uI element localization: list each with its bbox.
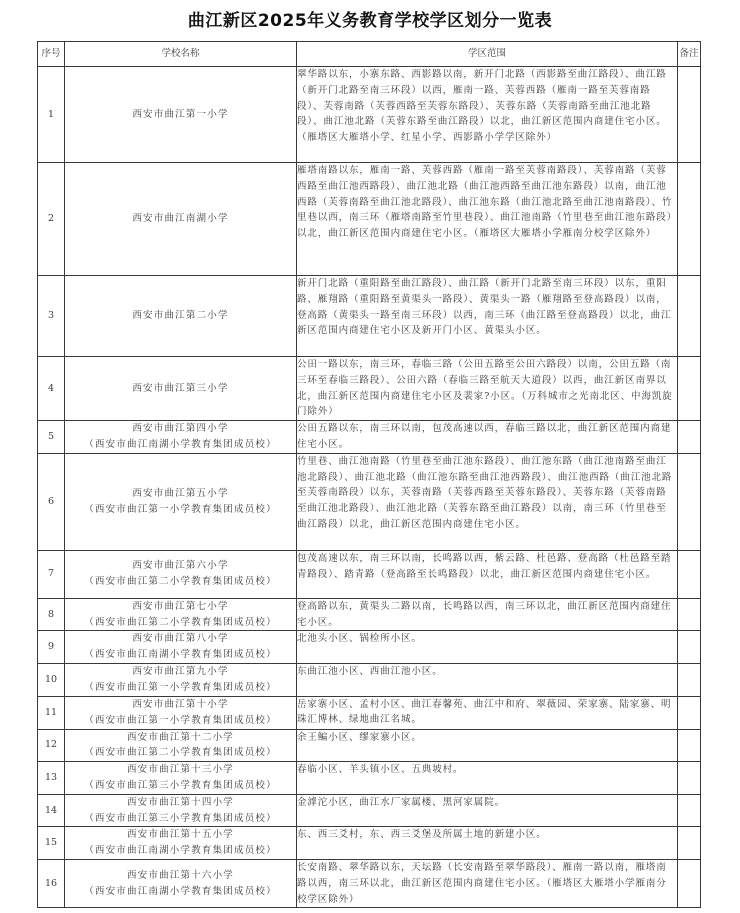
district-range: 余王鳊小区、缪家寨小区。 [297,729,678,762]
school-name-cell: 西安市曲江第十四小学 （西安市曲江第三小学教育集团成员校） [65,794,297,827]
school-name-cell: 西安市曲江第三小学 [65,357,297,421]
table-row: 11 西安市曲江第十小学 （西安市曲江第一小学教育集团成员校） 岳家寨小区、孟村… [38,696,701,729]
table-row: 8 西安市曲江第七小学 （西安市曲江第二小学教育集团成员校） 登高路以东，黄渠头… [38,598,701,631]
row-number: 12 [38,729,65,762]
district-range: 登高路以东，黄渠头二路以南，长鸣路以西，南三环以北，曲江新区范围内商建住宅小区。 [297,598,678,631]
table-row: 4 西安市曲江第三小学 公田一路以东，南三环，春临三路（公田五路至公田六路段）以… [38,357,701,421]
district-range: 竹里巷、曲江池南路（竹里巷至曲江池东路段）、曲江池东路（曲江池南路至曲江池北路段… [297,453,678,550]
table-row: 7 西安市曲江第六小学 （西安市曲江第二小学教育集团成员校） 包茂高速以东，南三… [38,550,701,598]
row-number: 14 [38,794,65,827]
table-body: 1 西安市曲江第一小学 翠华路以东，小寨东路、西影路以南，新开门北路（西影路至曲… [38,67,701,908]
school-name: 西安市曲江第一小学 [65,107,296,123]
school-group: （西安市曲江第三小学教育集团成员校） [65,811,296,827]
school-group: （西安市曲江南湖小学教育集团成员校） [65,437,296,453]
school-name: 西安市曲江南湖小学 [65,211,296,227]
district-range: 包茂高速以东，南三环以南，长鸣路以西，紫云路、杜邑路、登高路（杜邑路至踏青路段）… [297,550,678,598]
row-note [678,276,701,357]
district-range: 长安南路、翠华路以东，天坛路（长安南路至翠华路段）、雁南一路以南，雁塔南路以西，… [297,859,678,907]
row-number: 6 [38,453,65,550]
school-group: （西安市曲江第二小学教育集团成员校） [65,615,296,631]
district-range: 金滹沱小区，曲江水厂家属楼、黑河家属院。 [297,794,678,827]
row-note [678,827,701,860]
school-name: 西安市曲江第七小学 [65,599,296,615]
district-range: 北池头小区、锅检所小区。 [297,631,678,664]
school-name-cell: 西安市曲江南湖小学 [65,163,297,276]
school-group: （西安市曲江第二小学教育集团成员校） [65,745,296,761]
row-number: 16 [38,859,65,907]
district-range: 翠华路以东，小寨东路、西影路以南，新开门北路（西影路至曲江路段）、曲江路（新开门… [297,67,678,163]
school-group: （西安市曲江第二小学教育集团成员校） [65,574,296,590]
school-group: （西安市曲江第一小学教育集团成员校） [65,502,296,518]
school-name-cell: 西安市曲江第七小学 （西安市曲江第二小学教育集团成员校） [65,598,297,631]
school-group: （西安市曲江南湖小学教育集团成员校） [65,647,296,663]
school-name-cell: 西安市曲江第六小学 （西安市曲江第二小学教育集团成员校） [65,550,297,598]
row-number: 10 [38,663,65,696]
district-range: 公田五路以东，南三环以南，包茂高速以西，春临三路以北，曲江新区范围内商建住宅小区… [297,421,678,454]
row-note [678,794,701,827]
header-district-range: 学区范围 [297,42,678,67]
row-note [678,663,701,696]
district-range: 雁塔南路以东，雁南一路、芙蓉西路（雁南一路至芙蓉南路段）、芙蓉南路（芙蓉西路至曲… [297,163,678,276]
header-note: 备注 [678,42,701,67]
table-row: 2 西安市曲江南湖小学 雁塔南路以东，雁南一路、芙蓉西路（雁南一路至芙蓉南路段）… [38,163,701,276]
row-note [678,453,701,550]
row-number: 13 [38,762,65,795]
school-name: 西安市曲江第十四小学 [65,795,296,811]
school-group: （西安市曲江第一小学教育集团成员校） [65,713,296,729]
school-name-cell: 西安市曲江第十小学 （西安市曲江第一小学教育集团成员校） [65,696,297,729]
school-name-cell: 西安市曲江第十二小学 （西安市曲江第二小学教育集团成员校） [65,729,297,762]
school-district-table: 序号 学校名称 学区范围 备注 1 西安市曲江第一小学 翠华路以东，小寨东路、西… [37,41,701,908]
school-name-cell: 西安市曲江第十六小学 （西安市曲江南湖小学教育集团成员校） [65,859,297,907]
row-number: 2 [38,163,65,276]
page-title: 曲江新区2025年义务教育学校学区划分一览表 [0,6,740,31]
row-note [678,762,701,795]
school-name: 西安市曲江第二小学 [65,308,296,324]
row-note [678,598,701,631]
header-no: 序号 [38,42,65,67]
header-school-name: 学校名称 [65,42,297,67]
school-group: （西安市曲江第三小学教育集团成员校） [65,778,296,794]
row-number: 5 [38,421,65,454]
school-group: （西安市曲江南湖小学教育集团成员校） [65,843,296,859]
school-group: （西安市曲江第一小学教育集团成员校） [65,680,296,696]
row-note [678,859,701,907]
school-group: （西安市曲江南湖小学教育集团成员校） [65,884,296,900]
row-number: 3 [38,276,65,357]
row-note [678,357,701,421]
school-name: 西安市曲江第十小学 [65,697,296,713]
school-name: 西安市曲江第八小学 [65,631,296,647]
table-row: 6 西安市曲江第五小学 （西安市曲江第一小学教育集团成员校） 竹里巷、曲江池南路… [38,453,701,550]
row-number: 4 [38,357,65,421]
row-note [678,729,701,762]
row-number: 9 [38,631,65,664]
table-header-row: 序号 学校名称 学区范围 备注 [38,42,701,67]
school-name: 西安市曲江第四小学 [65,421,296,437]
school-name: 西安市曲江第十五小学 [65,827,296,843]
school-name-cell: 西安市曲江第一小学 [65,67,297,163]
school-name-cell: 西安市曲江第九小学 （西安市曲江第一小学教育集团成员校） [65,663,297,696]
row-note [678,696,701,729]
district-range: 东曲江池小区、西曲江池小区。 [297,663,678,696]
school-name: 西安市曲江第六小学 [65,558,296,574]
district-range: 岳家寨小区、孟村小区、曲江春馨苑、曲江中和府、翠薇园、荣家寨、陆家寨、明珠汇博林… [297,696,678,729]
district-range: 公田一路以东，南三环，春临三路（公田五路至公田六路段）以南，公田五路（南三环至春… [297,357,678,421]
school-name-cell: 西安市曲江第十五小学 （西安市曲江南湖小学教育集团成员校） [65,827,297,860]
row-number: 11 [38,696,65,729]
district-range: 东、西三爻村，东、西三爻堡及所属土地的新建小区。 [297,827,678,860]
school-name-cell: 西安市曲江第二小学 [65,276,297,357]
school-name: 西安市曲江第十二小学 [65,730,296,746]
table-row: 5 西安市曲江第四小学 （西安市曲江南湖小学教育集团成员校） 公田五路以东，南三… [38,421,701,454]
row-number: 15 [38,827,65,860]
row-note [678,550,701,598]
row-note [678,67,701,163]
table-row: 9 西安市曲江第八小学 （西安市曲江南湖小学教育集团成员校） 北池头小区、锅检所… [38,631,701,664]
row-note [678,631,701,664]
table-row: 15 西安市曲江第十五小学 （西安市曲江南湖小学教育集团成员校） 东、西三爻村，… [38,827,701,860]
district-range: 新开门北路（重阳路至曲江路段）、曲江路（新开门北路至南三环段）以东，重阳路、雁翔… [297,276,678,357]
row-number: 7 [38,550,65,598]
school-name-cell: 西安市曲江第十三小学 （西安市曲江第三小学教育集团成员校） [65,762,297,795]
school-name: 西安市曲江第三小学 [65,381,296,397]
table-row: 1 西安市曲江第一小学 翠华路以东，小寨东路、西影路以南，新开门北路（西影路至曲… [38,67,701,163]
table-row: 12 西安市曲江第十二小学 （西安市曲江第二小学教育集团成员校） 余王鳊小区、缪… [38,729,701,762]
table-row: 13 西安市曲江第十三小学 （西安市曲江第三小学教育集团成员校） 春临小区、羊头… [38,762,701,795]
row-number: 8 [38,598,65,631]
row-note [678,163,701,276]
school-name: 西安市曲江第五小学 [65,486,296,502]
district-range: 春临小区、羊头镇小区、五典坡村。 [297,762,678,795]
row-number: 1 [38,67,65,163]
school-name-cell: 西安市曲江第四小学 （西安市曲江南湖小学教育集团成员校） [65,421,297,454]
table-row: 14 西安市曲江第十四小学 （西安市曲江第三小学教育集团成员校） 金滹沱小区，曲… [38,794,701,827]
school-name-cell: 西安市曲江第八小学 （西安市曲江南湖小学教育集团成员校） [65,631,297,664]
table-row: 16 西安市曲江第十六小学 （西安市曲江南湖小学教育集团成员校） 长安南路、翠华… [38,859,701,907]
row-note [678,421,701,454]
school-name: 西安市曲江第十三小学 [65,762,296,778]
school-name-cell: 西安市曲江第五小学 （西安市曲江第一小学教育集团成员校） [65,453,297,550]
school-name: 西安市曲江第九小学 [65,664,296,680]
table-row: 10 西安市曲江第九小学 （西安市曲江第一小学教育集团成员校） 东曲江池小区、西… [38,663,701,696]
table-row: 3 西安市曲江第二小学 新开门北路（重阳路至曲江路段）、曲江路（新开门北路至南三… [38,276,701,357]
school-name: 西安市曲江第十六小学 [65,868,296,884]
